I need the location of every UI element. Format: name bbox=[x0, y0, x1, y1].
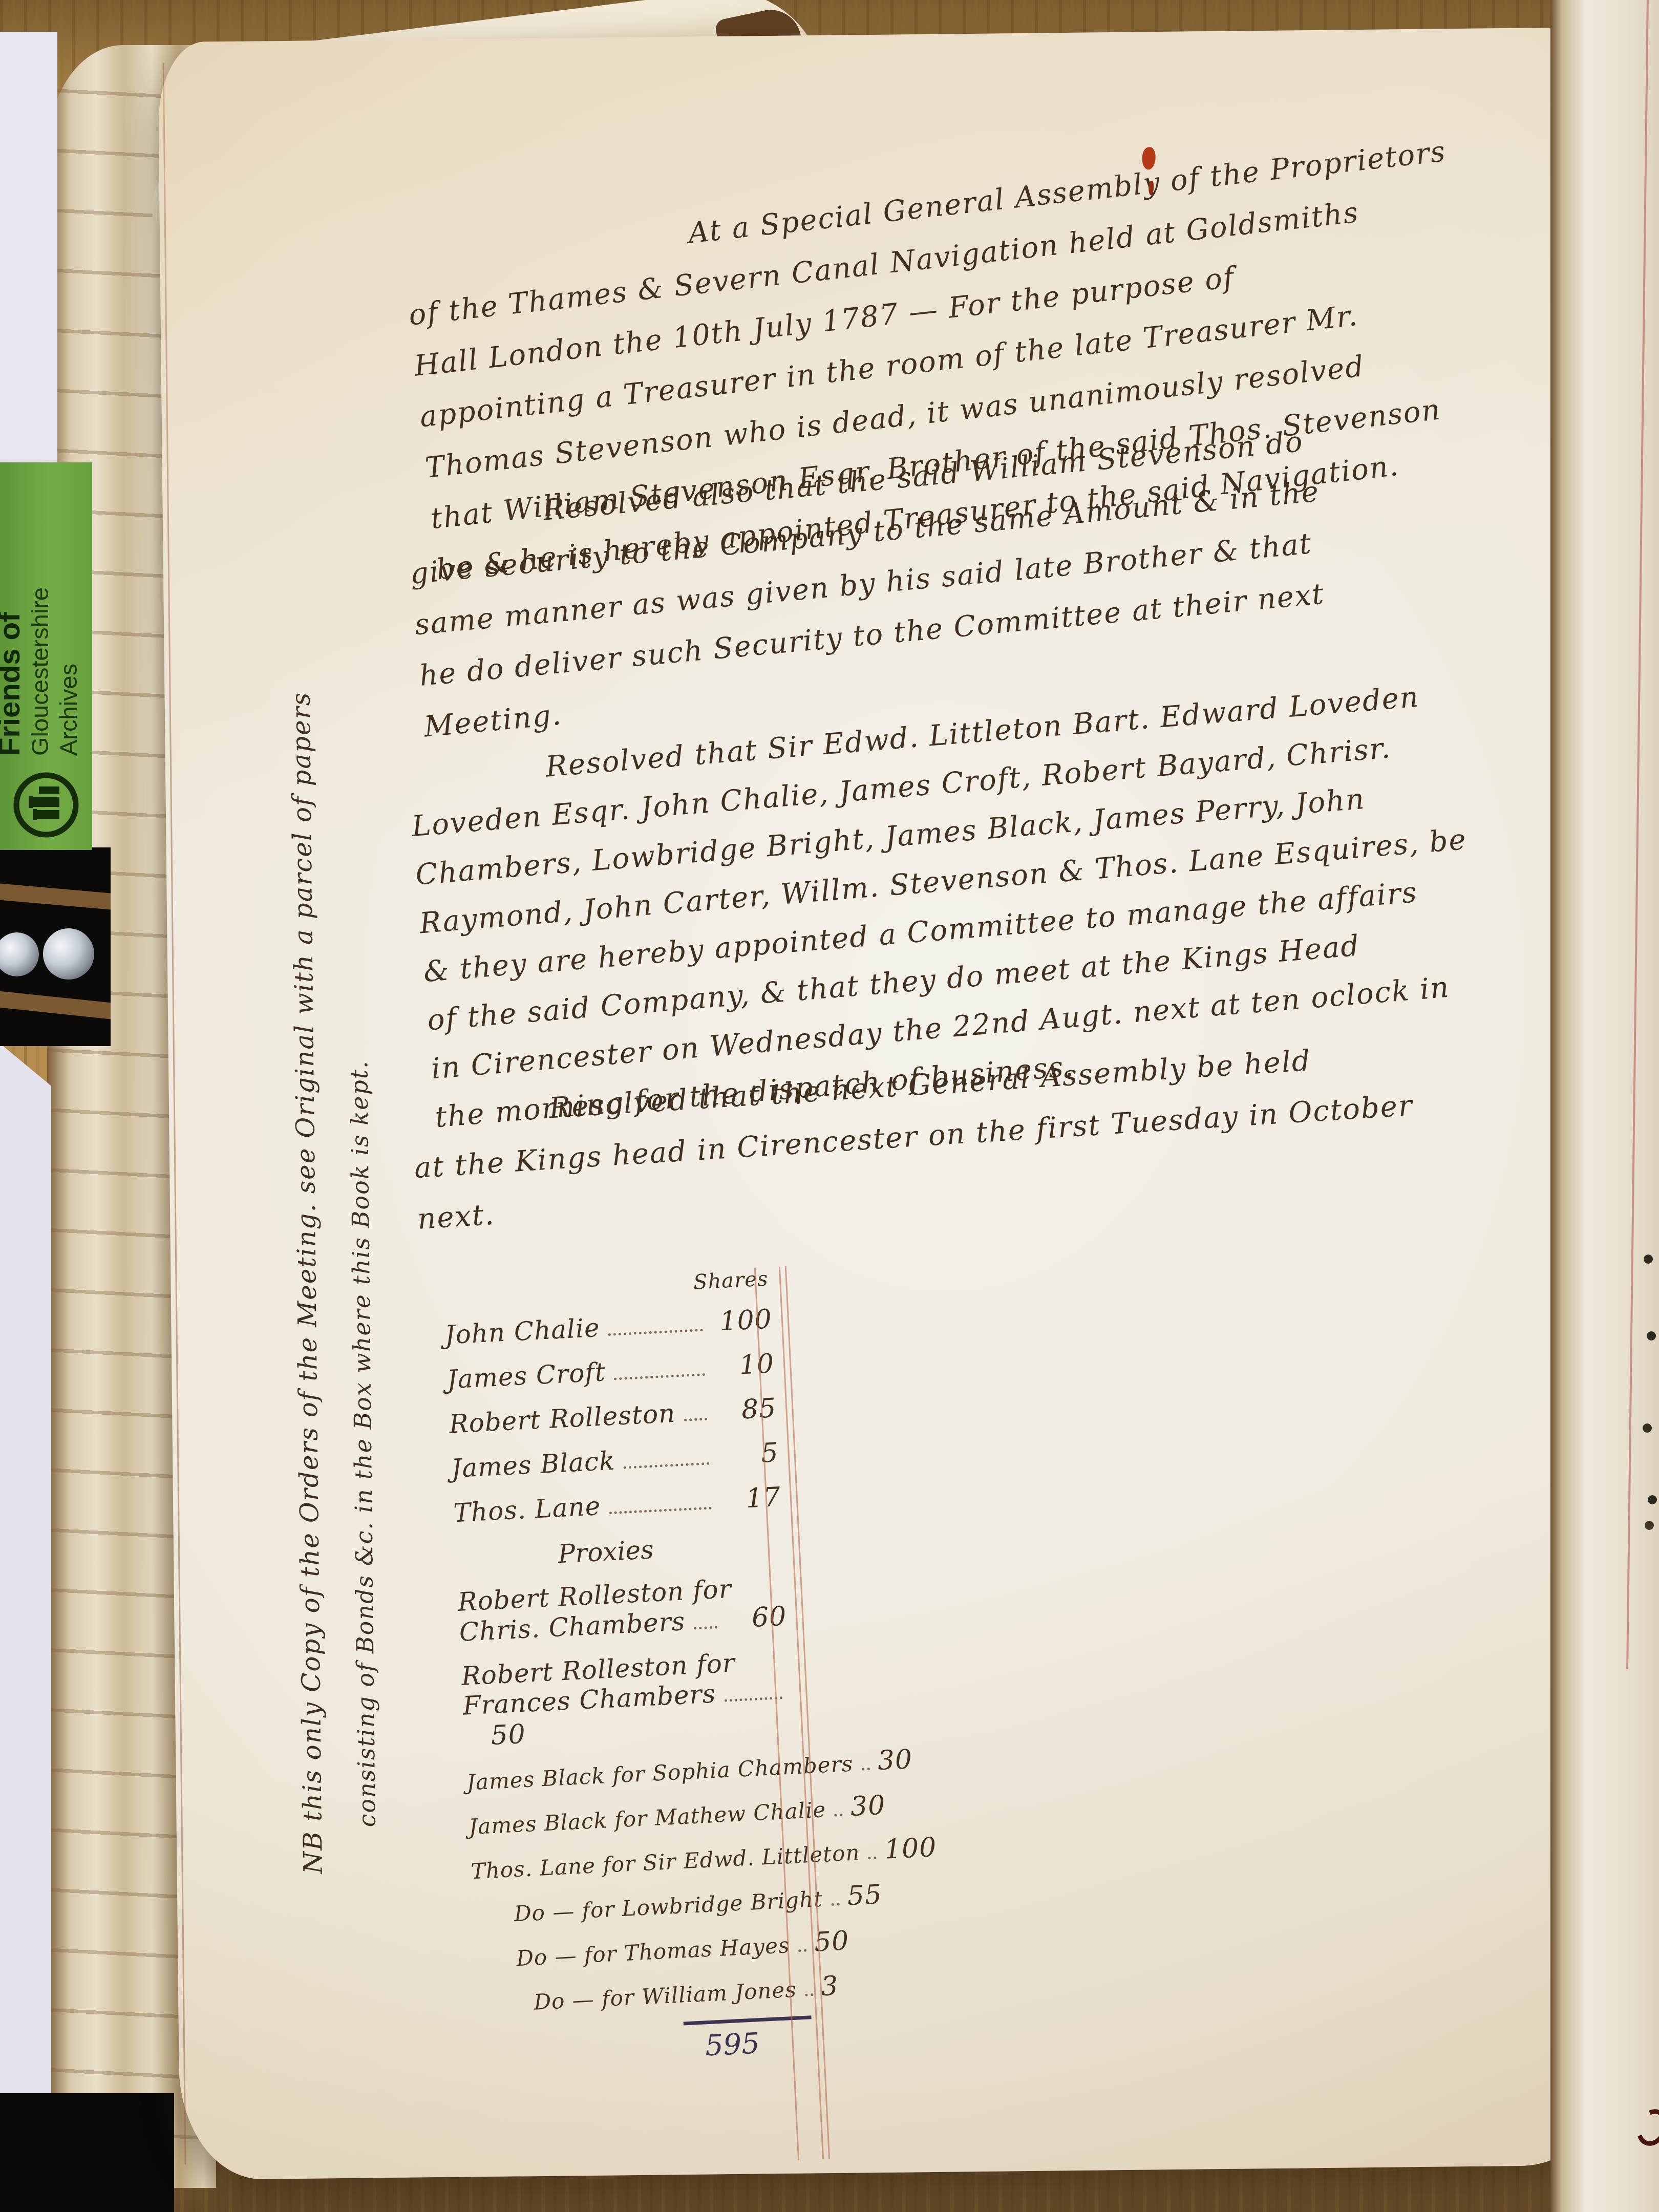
proxy-share-row: Do — for Lowbridge Bright 55 bbox=[513, 1883, 801, 1928]
shareholder-name: James Croft bbox=[446, 1357, 606, 1394]
share-row: John Chalie 100 bbox=[444, 1304, 773, 1351]
dotted-leader bbox=[798, 1949, 806, 1952]
loose-paper-top-left bbox=[0, 32, 57, 466]
dotted-leader bbox=[694, 1626, 718, 1629]
wood-slat bbox=[0, 991, 111, 1019]
share-row: James Croft 10 bbox=[446, 1348, 775, 1395]
share-count: 60 bbox=[725, 1601, 788, 1635]
dotted-leader bbox=[805, 1993, 813, 1996]
share-count: 17 bbox=[718, 1482, 781, 1516]
proxy-share-row: Thos. Lane for Sir Edwd. Littleton 100 bbox=[470, 1839, 799, 1886]
share-row: Thos. Lane 17 bbox=[453, 1482, 781, 1529]
share-count: 55 bbox=[846, 1879, 883, 1911]
share-count: 10 bbox=[712, 1348, 775, 1382]
proxy-share-row: James Black for Mathew Chalie 30 bbox=[468, 1794, 797, 1841]
share-count: 100 bbox=[884, 1832, 938, 1865]
book-cradle-clamp bbox=[0, 847, 111, 1046]
proxy-share-row: Do — for William Jones 3 bbox=[533, 1972, 805, 2017]
archive-label-org: Friends of bbox=[0, 587, 26, 756]
dotted-leader bbox=[609, 1507, 712, 1515]
dotted-leader bbox=[725, 1696, 783, 1702]
share-count: 3 bbox=[820, 1971, 839, 2003]
share-count: 85 bbox=[714, 1393, 777, 1427]
proxies-header: Proxies bbox=[557, 1523, 901, 1569]
shares-column-header: Shares bbox=[693, 1261, 888, 1294]
share-count: 30 bbox=[850, 1790, 886, 1822]
proxy-holder: Do — for Lowbridge Bright bbox=[514, 1886, 823, 1926]
metal-knob bbox=[0, 932, 39, 976]
desk-shadow-bottom-left bbox=[0, 2093, 174, 2212]
shareholder-name: James Black bbox=[451, 1446, 616, 1484]
archive-label: Friends of Gloucestershire Archives bbox=[0, 462, 92, 850]
proxy-holder: Do — for Thomas Hayes bbox=[516, 1932, 791, 1971]
manuscript-page: At a Special General Assembly of the Pro… bbox=[158, 28, 1593, 2180]
red-margin-rule bbox=[1626, 0, 1649, 1669]
share-count: 30 bbox=[877, 1744, 913, 1776]
share-count: 100 bbox=[710, 1304, 773, 1337]
proxy-share-row: Do — for Thomas Hayes 50 bbox=[516, 1928, 803, 1973]
share-count: 5 bbox=[716, 1437, 779, 1471]
proxy-holder: Thos. Lane for Sir Edwd. Littleton bbox=[471, 1840, 861, 1884]
dotted-leader bbox=[614, 1373, 705, 1380]
rotated-margin-note: NB this only Copy of the Orders of the M… bbox=[269, 429, 408, 1874]
manuscript-photo: Friends of Gloucestershire Archives At a… bbox=[0, 0, 1659, 2212]
ink-showthrough bbox=[1644, 1254, 1653, 1264]
dotted-leader bbox=[835, 1814, 843, 1817]
proxy-share-row: Robert Rolleston for Frances Chambers 50 bbox=[461, 1646, 793, 1753]
dotted-leader bbox=[831, 1903, 839, 1906]
loose-paper-bottom-left bbox=[0, 1044, 51, 2103]
dotted-leader bbox=[624, 1462, 710, 1469]
wood-slat bbox=[0, 883, 111, 910]
share-row: James Black 5 bbox=[451, 1437, 779, 1484]
proxy-share-row: James Black for Sophia Chambers 30 bbox=[466, 1750, 795, 1797]
next-page-edge bbox=[1550, 0, 1659, 2212]
archive-label-archives: Archives bbox=[54, 587, 83, 756]
shareholder-name: Thos. Lane bbox=[453, 1491, 601, 1528]
proxy-share-row: Robert Rolleston for Chris. Chambers 60 bbox=[457, 1571, 788, 1648]
metal-knob bbox=[43, 928, 94, 980]
shares-total: 595 bbox=[704, 2018, 926, 2062]
dotted-leader bbox=[608, 1329, 703, 1336]
dotted-leader bbox=[684, 1418, 708, 1421]
share-count: 50 bbox=[464, 1719, 527, 1753]
shares-list: Shares John Chalie 100 James Croft 10 Ro… bbox=[427, 1261, 926, 2074]
share-row: Robert Rolleston 85 bbox=[449, 1393, 777, 1440]
dotted-leader bbox=[861, 1768, 869, 1771]
proxy-holder: James Black for Sophia Chambers bbox=[466, 1751, 854, 1795]
shareholder-name: Robert Rolleston bbox=[449, 1398, 676, 1439]
dotted-leader bbox=[868, 1857, 877, 1860]
proxy-holder: Do — for William Jones bbox=[533, 1977, 797, 2015]
archives-seal-icon bbox=[10, 769, 82, 841]
proxy-holder: James Black for Mathew Chalie bbox=[468, 1797, 826, 1839]
archive-label-county: Gloucestershire bbox=[26, 587, 54, 756]
shareholder-name: John Chalie bbox=[444, 1313, 601, 1350]
